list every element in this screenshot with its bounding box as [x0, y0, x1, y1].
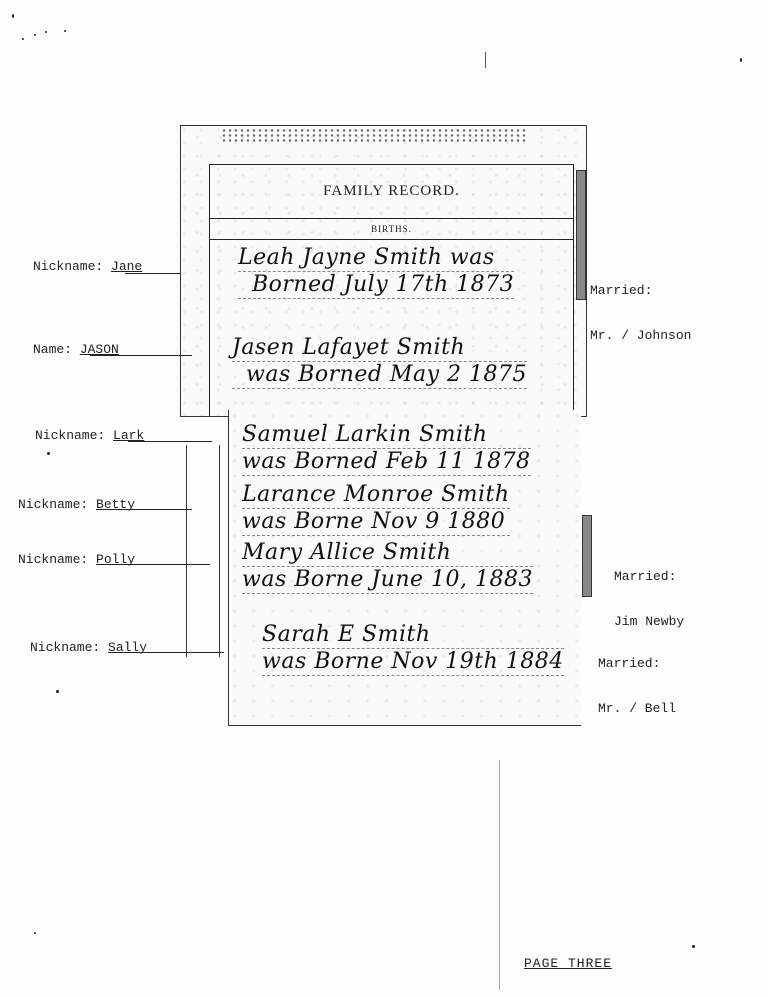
birth-entry: Mary Allice Smith was Borne June 10, 188…	[242, 540, 533, 594]
leader-line	[125, 273, 180, 274]
birth-entry: Samuel Larkin Smith was Borned Feb 11 18…	[242, 422, 531, 476]
scan-speck	[12, 14, 14, 18]
page-number: PAGE THREE	[524, 956, 612, 971]
scan-speck	[22, 38, 24, 40]
entry-line: Leah Jayne Smith was	[238, 245, 514, 272]
scan-speck	[64, 30, 66, 32]
entry-line: Mary Allice Smith	[242, 540, 533, 567]
fold-mark	[485, 52, 486, 68]
leader-line	[112, 652, 224, 653]
annotation-label: Name:	[33, 342, 72, 357]
annotation-label: Nickname:	[35, 428, 105, 443]
birth-entry: Jasen Lafayet Smith was Borned May 2 187…	[232, 335, 527, 389]
entry-line: was Borne Nov 19th 1884	[262, 649, 564, 676]
entry-line: Larance Monroe Smith	[242, 482, 510, 509]
entry-line: was Borne June 10, 1883	[242, 567, 533, 594]
leader-line	[128, 441, 212, 442]
entry-line: Jasen Lafayet Smith	[232, 335, 527, 362]
marriage-bell: Married: Mr. / Bell	[598, 626, 676, 731]
entry-line: was Borne Nov 9 1880	[242, 509, 510, 536]
marriage-johnson: Married: Mr. / Johnson	[590, 253, 691, 358]
card-damage	[221, 128, 526, 142]
married-label: Married:	[590, 283, 691, 298]
fold-mark	[499, 760, 500, 990]
scan-speck	[45, 31, 47, 33]
annotation-label: Nickname:	[33, 259, 103, 274]
married-spouse: Mr. / Bell	[598, 701, 676, 716]
entry-line: was Borned May 2 1875	[232, 362, 527, 389]
scan-speck	[740, 58, 742, 62]
card-edge-strip	[576, 170, 586, 300]
annotation-label: Nickname:	[18, 552, 88, 567]
scan-speck	[56, 690, 59, 693]
birth-entry: Leah Jayne Smith was Borned July 17th 18…	[238, 245, 514, 299]
leader-line	[100, 564, 210, 565]
entry-line: Borned July 17th 1873	[238, 272, 514, 299]
scan-speck	[34, 932, 36, 934]
entry-line: was Borned Feb 11 1878	[242, 449, 531, 476]
entry-line: Sarah E Smith	[262, 622, 564, 649]
leader-line	[90, 355, 192, 356]
annotation-label: Nickname:	[18, 497, 88, 512]
births-heading: BIRTHS.	[210, 218, 573, 240]
scan-speck	[47, 452, 50, 455]
entry-line: Samuel Larkin Smith	[242, 422, 531, 449]
married-label: Married:	[598, 656, 676, 671]
married-label: Married:	[614, 569, 684, 584]
annotation-label: Nickname:	[30, 640, 100, 655]
scan-speck	[692, 945, 695, 948]
card-edge-strip	[582, 515, 592, 597]
leader-line	[100, 509, 192, 510]
birth-entry: Larance Monroe Smith was Borne Nov 9 188…	[242, 482, 510, 536]
annotation-nickname-jane: Nickname: Jane	[33, 259, 142, 274]
card-left-strip	[186, 445, 220, 657]
birth-entry: Sarah E Smith was Borne Nov 19th 1884	[262, 622, 564, 676]
married-spouse: Mr. / Johnson	[590, 328, 691, 343]
annotation-value: Jane	[111, 259, 142, 274]
scan-speck	[34, 34, 36, 36]
card-title: FAMILY RECORD.	[210, 183, 573, 200]
